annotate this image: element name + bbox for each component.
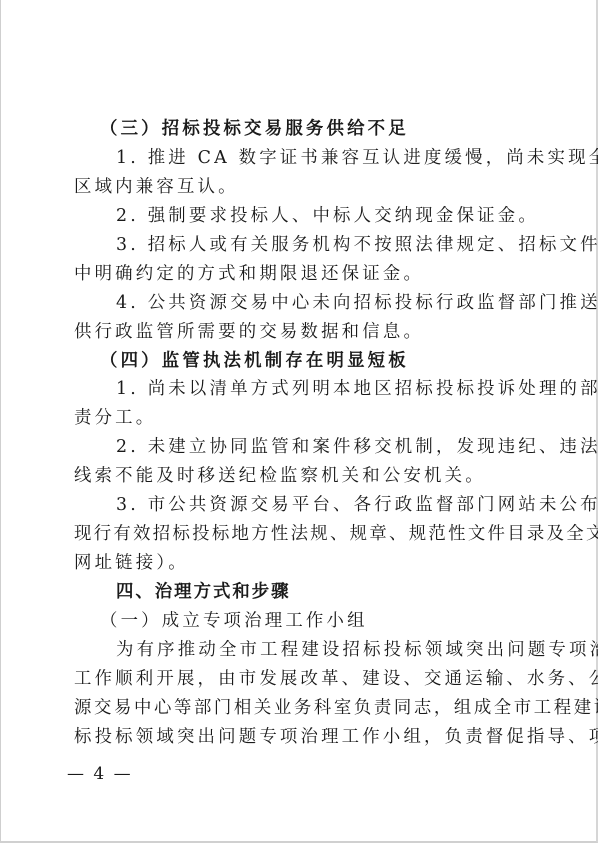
subsection-heading: （三）招标投标交易服务供给不足 xyxy=(74,115,508,144)
paragraph-line: 3. 招标人或有关服务机构不按照法律规定、招标文件和合同 xyxy=(74,231,508,260)
paragraph-line: 3. 市公共资源交易平台、各行政监督部门网站未公布本地区 xyxy=(74,491,508,520)
paragraph-line: 工作顺利开展，由市发展改革、建设、交通运输、水务、公共资 xyxy=(74,665,508,694)
paragraph-line: 中明确约定的方式和期限退还保证金。 xyxy=(74,260,508,289)
paragraph-line: 供行政监管所需要的交易数据和信息。 xyxy=(74,318,508,347)
page-number: — 4 — xyxy=(67,764,133,784)
paragraph-line: 1. 推进 CA 数字证书兼容互认进度缓慢，尚未实现全省行政 xyxy=(74,144,508,173)
document-page: （三）招标投标交易服务供给不足 1. 推进 CA 数字证书兼容互认进度缓慢，尚未… xyxy=(0,0,598,843)
paragraph-line: 现行有效招标投标地方性法规、规章、规范性文件目录及全文(或 xyxy=(74,520,508,549)
paragraph-line: 标投标领域突出问题专项治理工作小组，负责督促指导、项目抽 xyxy=(74,723,508,752)
document-body: （三）招标投标交易服务供给不足 1. 推进 CA 数字证书兼容互认进度缓慢，尚未… xyxy=(74,115,508,752)
paragraph-line: 线索不能及时移送纪检监察机关和公安机关。 xyxy=(74,462,508,491)
section-heading: 四、治理方式和步骤 xyxy=(74,578,508,607)
paragraph-line: 源交易中心等部门相关业务科室负责同志，组成全市工程建设招 xyxy=(74,694,508,723)
paragraph-line: 1. 尚未以清单方式列明本地区招标投标投诉处理的部门职 xyxy=(74,375,508,404)
subsection-heading: （一）成立专项治理工作小组 xyxy=(74,607,508,636)
paragraph-line: 网址链接）。 xyxy=(74,549,508,578)
subsection-heading: （四）监管执法机制存在明显短板 xyxy=(74,347,508,376)
paragraph-line: 2. 强制要求投标人、中标人交纳现金保证金。 xyxy=(74,202,508,231)
paragraph-line: 2. 未建立协同监管和案件移交机制，发现违纪、违法、犯罪 xyxy=(74,433,508,462)
paragraph-line: 责分工。 xyxy=(74,404,508,433)
paragraph-line: 区域内兼容互认。 xyxy=(74,173,508,202)
paragraph-line: 为有序推动全市工程建设招标投标领域突出问题专项治理 xyxy=(74,636,508,665)
paragraph-line: 4. 公共资源交易中心未向招标投标行政监督部门推送或提 xyxy=(74,289,508,318)
